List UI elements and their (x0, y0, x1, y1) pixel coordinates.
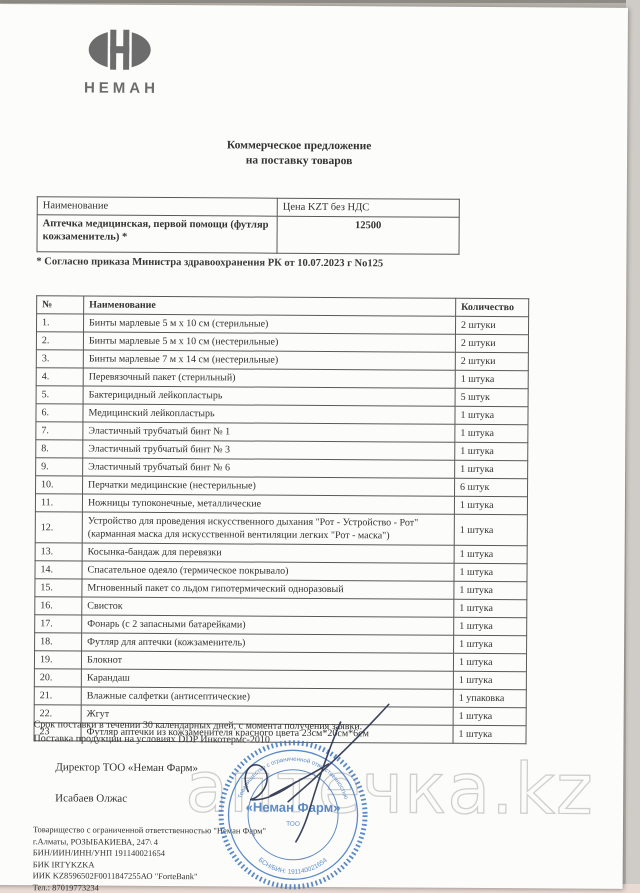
price-table-item-price: 12500 (277, 216, 459, 254)
item-quantity: 1 штука (454, 581, 527, 599)
item-quantity: 1 штука (453, 707, 526, 725)
director-title-line: Директор ТОО «Неман Фарм» (55, 761, 198, 774)
ministry-order-note: * Согласно приказа Министра здравоохране… (36, 256, 383, 269)
svg-text:БСН/БИН: 191140021654: БСН/БИН: 191140021654 (257, 856, 329, 876)
item-name: Медицинский лейкопластырь (83, 404, 455, 424)
handwritten-signature-icon (210, 699, 411, 850)
item-number: 2. (36, 332, 83, 350)
item-number: 11. (35, 494, 82, 512)
item-quantity: 1 штука (454, 545, 527, 563)
item-number: 13. (35, 543, 82, 561)
item-quantity: 1 штука (454, 599, 527, 617)
item-quantity: 2 штуки (455, 316, 528, 334)
item-name: Бактерицидный лейкопластырь (83, 386, 455, 406)
item-number: 10. (36, 476, 83, 494)
item-quantity: 1 штука (455, 424, 528, 442)
item-quantity: 5 штук (455, 388, 528, 406)
item-name: Бинты марлевые 5 м х 10 см (нестерильные… (83, 332, 455, 352)
director-name-line: Исабаев Олжас (55, 792, 127, 804)
item-quantity: 1 штука (454, 635, 527, 653)
item-number: 7. (36, 422, 83, 440)
item-name: Бинты марлевые 7 м х 14 см (нестерильные… (83, 350, 455, 370)
item-name: Спасательное одеяло (термическое покрыва… (82, 561, 454, 581)
stamp-ring-bottom-text: БСН/БИН: 191140021654 (257, 856, 329, 876)
item-number: 4. (36, 368, 83, 386)
item-quantity: 2 штуки (455, 352, 528, 370)
item-number: 18. (35, 633, 82, 651)
item-quantity: 1 упаковка (453, 689, 526, 707)
item-name: Эластичный трубчатый бинт № 1 (83, 422, 455, 442)
item-number: 12. (35, 512, 82, 543)
item-number: 21. (34, 687, 81, 705)
item-number: 8. (36, 440, 83, 458)
item-quantity: 1 штука (454, 514, 527, 545)
item-number: 3. (36, 350, 83, 368)
item-name: Футляр для аптечки (кожзаменитель) (82, 633, 454, 653)
item-name: Эластичный трубчатый бинт № 6 (83, 458, 455, 478)
item-name: Ножницы тупоконечные, металлические (82, 494, 454, 514)
price-table-header-price: Цена KZT без НДС (277, 198, 459, 217)
item-name: Карандаш (81, 669, 453, 689)
item-quantity: 1 штука (455, 370, 528, 388)
item-number: 20. (34, 669, 81, 687)
item-quantity: 1 штука (454, 496, 527, 514)
item-number: 14. (35, 561, 82, 579)
item-quantity: 1 штука (455, 406, 528, 424)
document-page: НЕМАН Коммерческое предложение на постав… (0, 4, 628, 889)
items-table: № Наименование Количество 1.Бинты марлев… (33, 295, 529, 744)
item-name: Бинты марлевые 5 м х 10 см (стерильные) (83, 314, 455, 334)
item-quantity: 2 штуки (455, 334, 528, 352)
item-name: Устройство для проведения искусственного… (82, 512, 454, 545)
item-number: 15. (35, 579, 82, 597)
neman-logo-icon (87, 27, 153, 73)
item-number: 19. (34, 651, 81, 669)
item-quantity: 1 штука (453, 653, 526, 671)
item-quantity: 1 штука (453, 671, 526, 689)
table-row: 12.Устройство для проведения искусственн… (35, 512, 527, 546)
item-name: Мгновенный пакет со льдом гипотермически… (82, 579, 454, 599)
item-quantity: 1 штука (455, 442, 528, 460)
company-logo: НЕМАН (71, 26, 167, 97)
items-header-qty: Количество (456, 298, 529, 316)
scanned-document: НЕМАН Коммерческое предложение на постав… (0, 0, 640, 893)
item-number: 16. (35, 597, 82, 615)
item-quantity: 1 штука (454, 563, 527, 581)
items-table-body: 1.Бинты марлевые 5 м х 10 см (стерильные… (34, 314, 529, 744)
item-number: 6. (36, 404, 83, 422)
item-name: Блокнот (81, 651, 453, 671)
item-quantity: 6 штук (455, 478, 528, 496)
price-table-header-name: Наименование (37, 197, 277, 216)
item-name: Свисток (82, 597, 454, 617)
item-name: Фонарь (с 2 запасными батарейками) (82, 615, 454, 635)
items-header-name: Наименование (84, 296, 456, 316)
item-number: 17. (35, 615, 82, 633)
item-name: Эластичный трубчатый бинт № 3 (83, 440, 455, 460)
item-quantity: 1 штука (455, 460, 528, 478)
item-name: Перевязочный пакет (стерильный) (83, 368, 455, 388)
price-table: Наименование Цена KZT без НДС Аптечка ме… (36, 196, 459, 255)
item-quantity: 1 штука (453, 725, 526, 743)
item-number: 5. (36, 386, 83, 404)
company-brand-text: НЕМАН (71, 79, 167, 97)
items-header-number: № (37, 296, 84, 314)
scan-edge-top (0, 0, 640, 3)
scan-edge-right (626, 0, 640, 893)
document-title: Коммерческое предложение на поставку тов… (0, 137, 599, 171)
item-name: Перчатки медицинские (нестерильные) (83, 476, 455, 496)
item-quantity: 1 штука (454, 617, 527, 635)
price-table-item-name: Аптечка медицинская, первой помощи (футл… (37, 215, 277, 253)
item-number: 9. (36, 458, 83, 476)
item-name: Косынка-бандаж для перевязки (82, 543, 454, 563)
title-line-2: на поставку товаров (0, 152, 599, 171)
item-number: 1. (36, 314, 83, 332)
